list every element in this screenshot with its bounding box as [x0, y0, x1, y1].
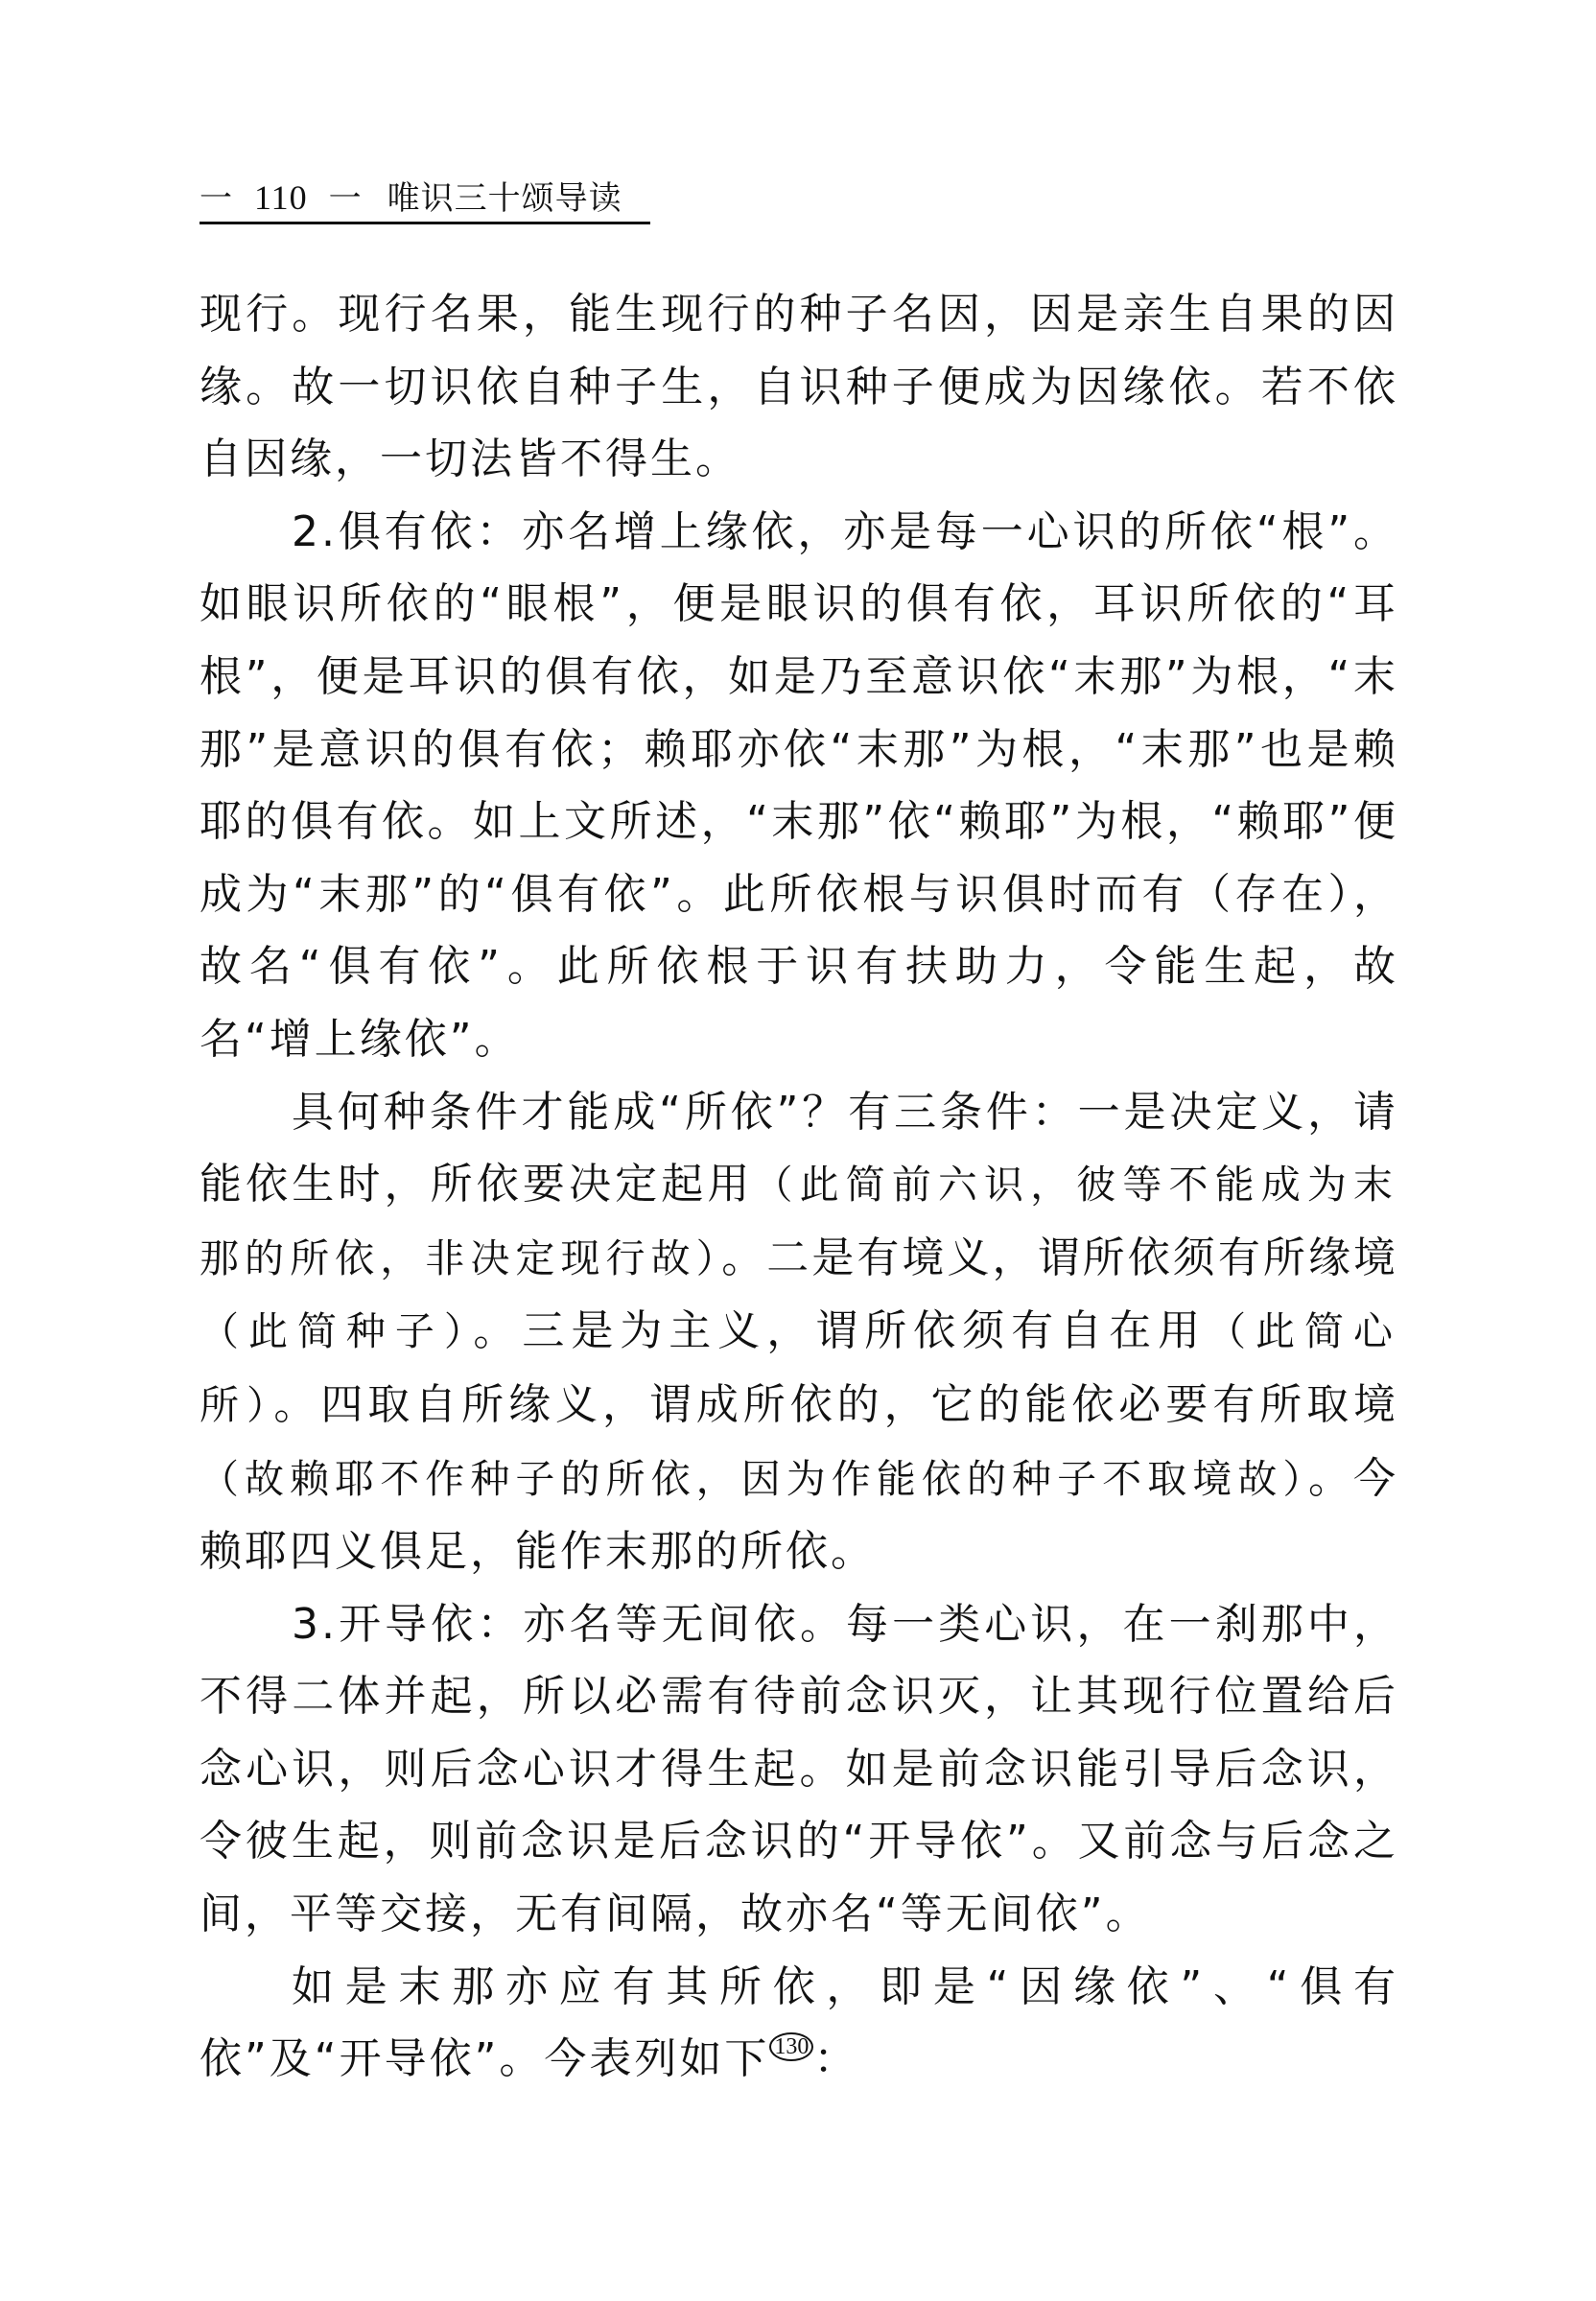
header-dash-left: 一 — [199, 179, 233, 218]
p3-seg-2: 。二是有境义，谓所依须有所缘境 — [721, 1233, 1398, 1282]
page-number: 110 — [254, 178, 308, 217]
p5-trailing: ： — [813, 2034, 858, 2083]
p3-seg-6: 。四取自所缘义，谓成所依的，它的能依必要有所取境 — [273, 1380, 1398, 1429]
p3-seg-4: 。三是为主义，谓所依须有自在用 — [473, 1306, 1207, 1355]
paragraph-4: 3.开导依：亦名等无间依。每一类心识，在一刹那中，不得二体并起，所以必需有待前念… — [199, 1588, 1398, 1951]
paragraph-3: 具何种条件才能成“所依”？有三条件：一是决定义，请能依生时，所依要决定起用（此简… — [199, 1076, 1398, 1588]
paragraph-1: 现行。现行名果，能生现行的种子名因，因是亲生自果的因缘。故一切识依自种子生，自识… — [199, 278, 1398, 496]
header-dash-right: 一 — [329, 179, 363, 218]
footnote-marker[interactable]: 130 — [769, 2032, 813, 2061]
p3-note-3: （此简种子） — [199, 1308, 473, 1354]
paragraph-5: 如是末那亦应有其所依，即是“因缘依”、“俱有依”及“开导依”。今表列如下130： — [199, 1951, 1398, 2096]
p5-text: 如是末那亦应有其所依，即是“因缘依”、“俱有依”及“开导依”。今表列如下 — [199, 1962, 1398, 2084]
paragraph-2: 2.俱有依：亦名增上缘依，亦是每一心识的所依“根”。如眼识所依的“眼根”，便是眼… — [199, 496, 1398, 1076]
running-header: 一110一唯识三十颂导读 — [199, 178, 650, 224]
book-page: 一110一唯识三十颂导读 现行。现行名果，能生现行的种子名因，因是亲生自果的因缘… — [0, 0, 1596, 2301]
body-text: 现行。现行名果，能生现行的种子名因，因是亲生自果的因缘。故一切识依自种子生，自识… — [199, 278, 1398, 2096]
p3-note-7: （故赖耶不作种子的所依，因为作能依的种子不取境故） — [199, 1456, 1308, 1502]
book-title: 唯识三十颂导读 — [387, 179, 622, 218]
